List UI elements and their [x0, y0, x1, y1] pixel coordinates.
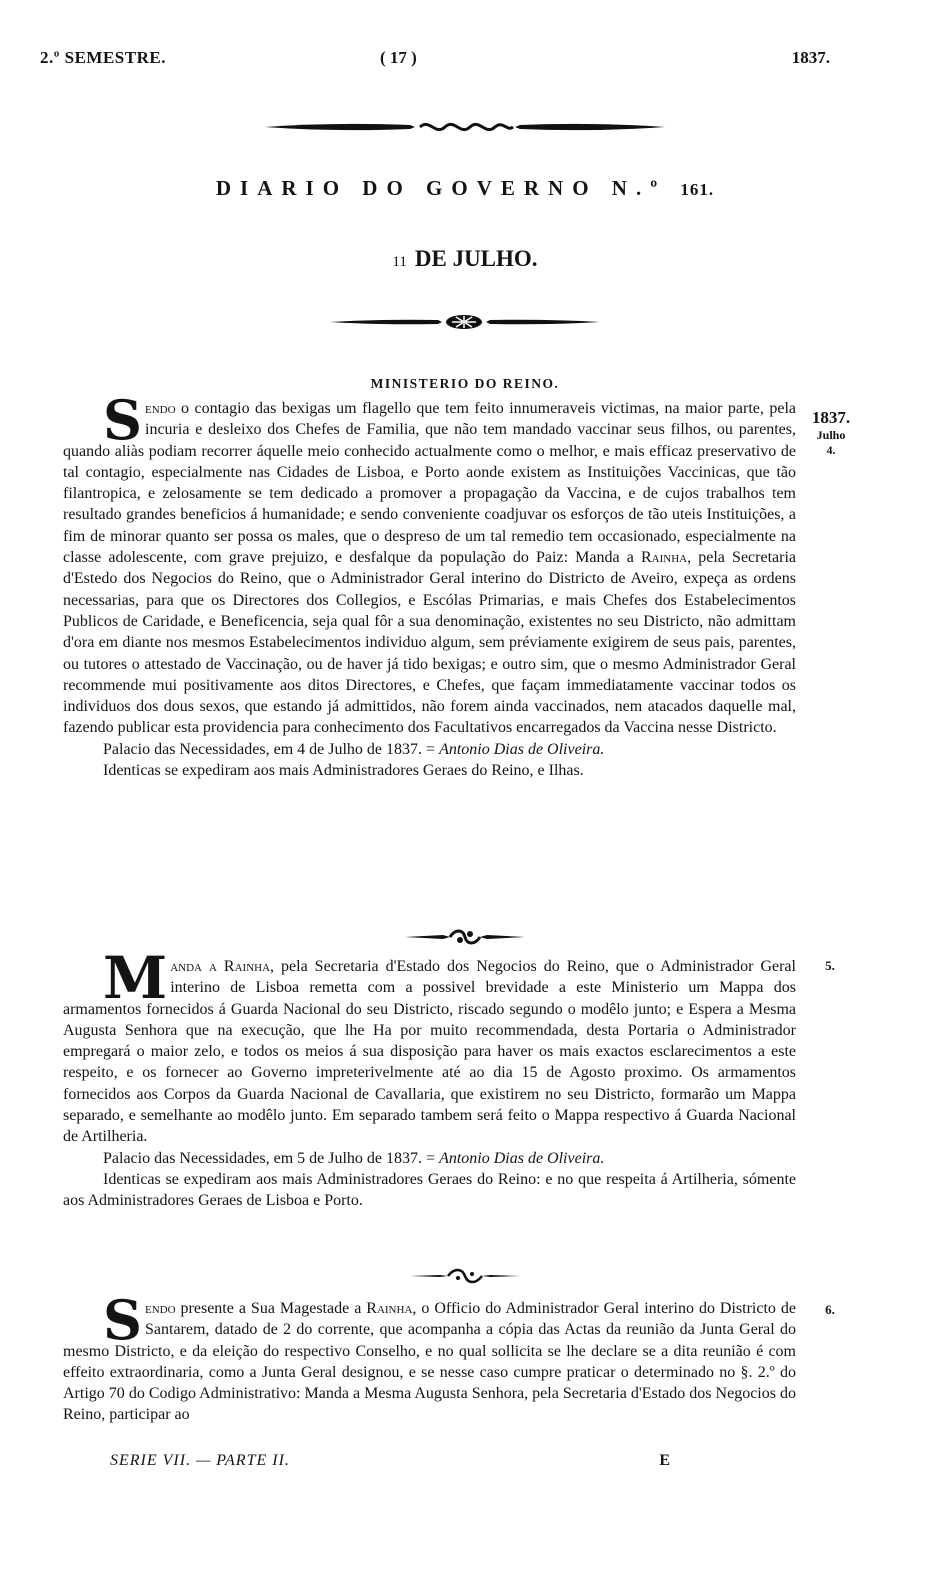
article-vaccination: Sendo o contagio das bexigas um flagello… — [63, 398, 796, 781]
distribution-note: Identicas se expediram aos mais Administ… — [63, 760, 796, 781]
ornament-rule-top-icon — [0, 116, 930, 138]
margin-day-note: 6. — [820, 1302, 840, 1318]
article-body-continued: , pela Secretaria d'Estedo dos Negocios … — [63, 549, 796, 736]
dropcap: S — [103, 1300, 142, 1340]
page-number: ( 17 ) — [380, 48, 417, 68]
dropcap: S — [103, 400, 142, 440]
distribution-note: Identicas se expediram aos mais Administ… — [63, 1169, 796, 1212]
signature: Antonio Dias de Oliveira. — [439, 1150, 604, 1167]
article-body: o contagio das bexigas um flagello que t… — [63, 400, 796, 566]
margin-day: 4. — [806, 443, 856, 458]
article-body: presente a Sua Magestade a — [176, 1300, 367, 1317]
newspaper-page: 2.º SEMESTRE. ( 17 ) 1837. DIARIO DO GOV… — [0, 0, 930, 1584]
signature-mark: E — [659, 1452, 670, 1470]
series-label: SERIE VII. — PARTE II. — [110, 1452, 290, 1470]
article-body: , pela Secretaria d'Estado dos Negocios … — [63, 958, 796, 1145]
place-date: Palacio das Necessidades, em 5 de Julho … — [103, 1150, 439, 1167]
issue-date: 11DE JULHO. — [0, 246, 930, 272]
article-santarem: Sendo presente a Sua Magestade a Rainha,… — [63, 1298, 796, 1426]
semester-label: 2.º SEMESTRE. — [40, 48, 166, 68]
fleuron-divider-icon — [0, 1268, 930, 1284]
signature: Antonio Dias de Oliveira. — [439, 741, 604, 758]
lead-words: anda a Rainha — [170, 958, 270, 975]
place-date: Palacio das Necessidades, em 4 de Julho … — [103, 741, 439, 758]
margin-date-note: 1837. Julho 4. — [806, 408, 856, 458]
margin-month: Julho — [806, 428, 856, 443]
margin-year: 1837. — [806, 408, 856, 428]
issue-number: 161. — [680, 180, 714, 199]
queen-title: Rainha — [366, 1300, 412, 1317]
masthead-name: DIARIO DO GOVERNO N.º — [216, 176, 666, 200]
year-label: 1837. — [792, 48, 830, 68]
issue-month: DE JULHO. — [415, 246, 538, 271]
ornament-rule-mid-icon — [0, 314, 930, 330]
margin-day-note: 5. — [820, 958, 840, 974]
article-national-guard: Manda a Rainha, pela Secretaria d'Estado… — [63, 956, 796, 1212]
running-head: 2.º SEMESTRE. ( 17 ) 1837. — [40, 48, 830, 72]
masthead-title: DIARIO DO GOVERNO N.º 161. — [0, 176, 930, 201]
article-body-continued: , o Officio do Administrador Geral inter… — [63, 1300, 796, 1423]
page-footer: SERIE VII. — PARTE II. E — [110, 1452, 670, 1476]
issue-day: 11 — [392, 254, 406, 270]
queen-title: Rainha — [641, 549, 687, 566]
lead-word: endo — [145, 1300, 176, 1317]
lead-word: endo — [145, 400, 176, 417]
dropcap: M — [103, 958, 167, 998]
